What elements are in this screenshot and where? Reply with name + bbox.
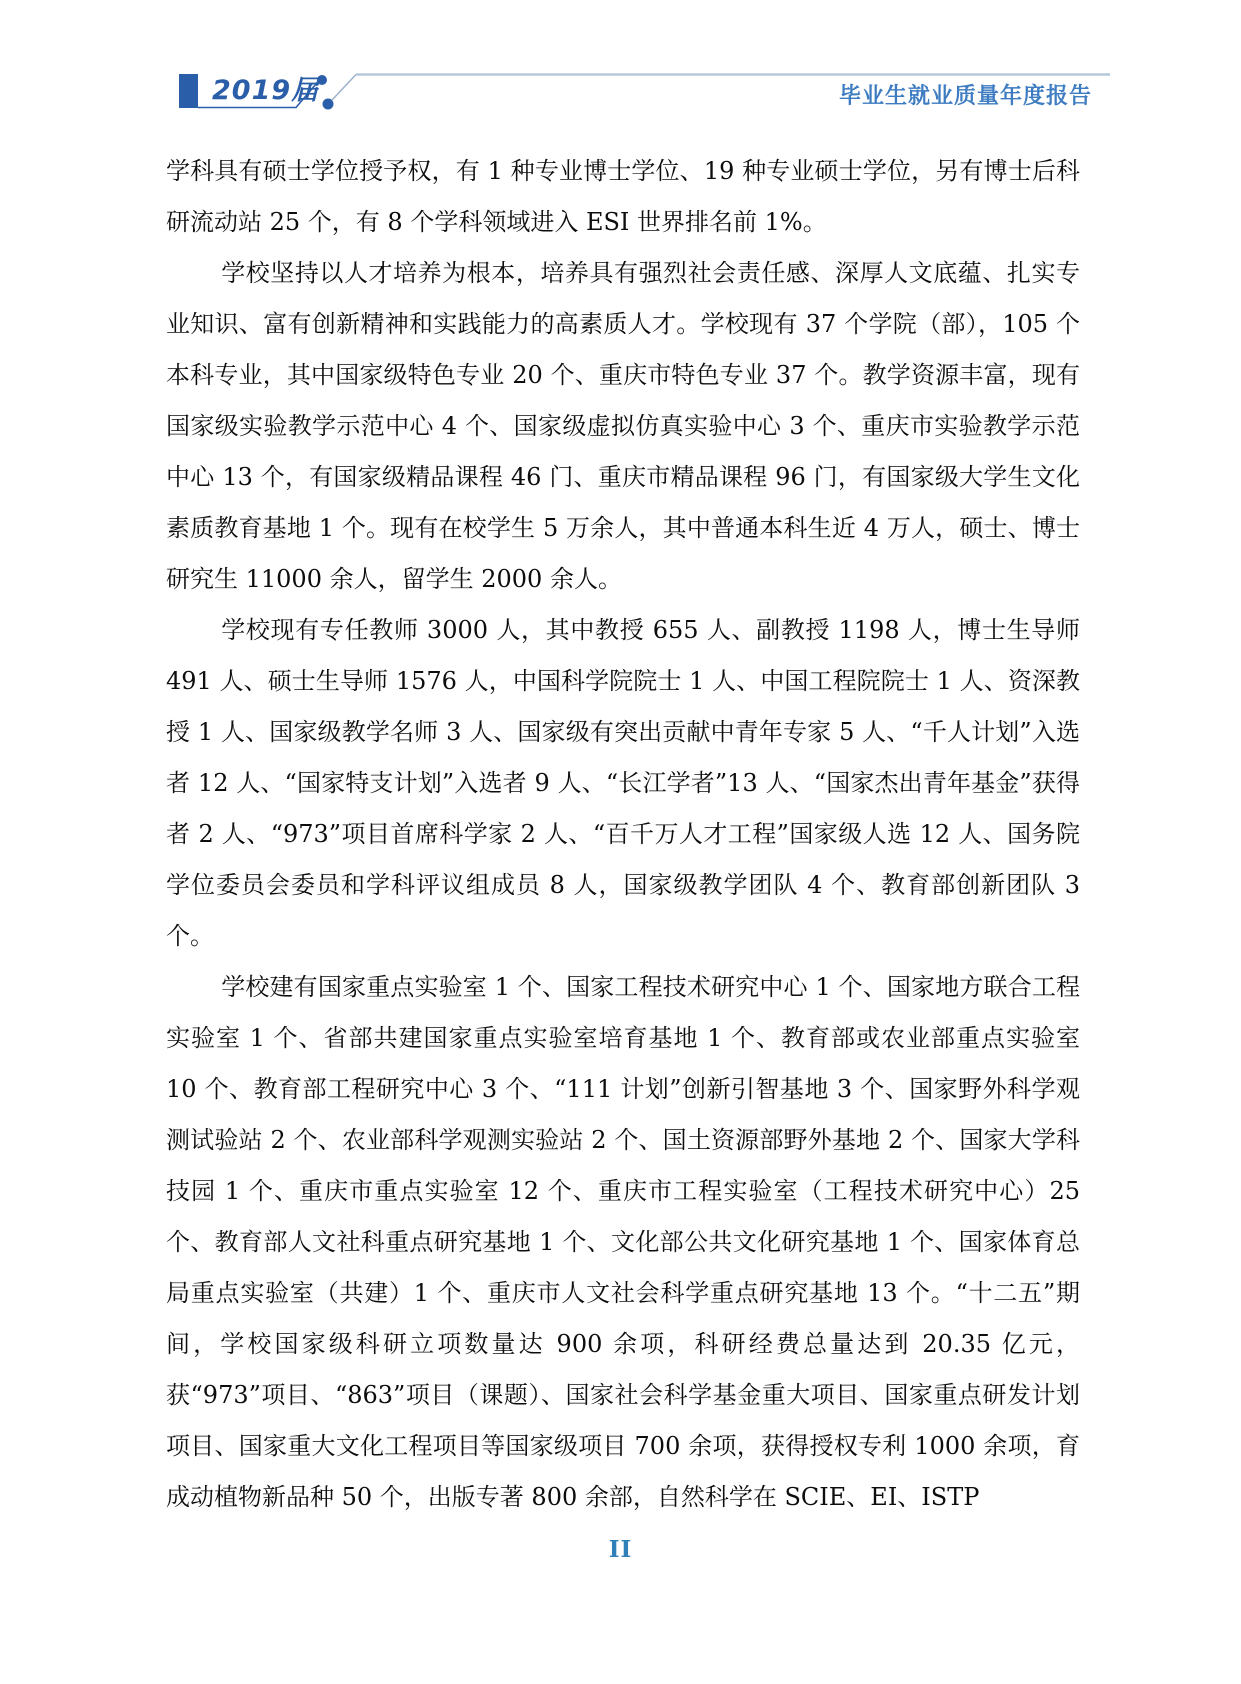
header-diagonal-line (332, 75, 356, 101)
header-decoration (0, 0, 1241, 130)
document-body: 学科具有硕士学位授予权，有 1 种专业博士学位、19 种专业硕士学位，另有博士后… (166, 146, 1080, 1523)
paragraph-research-platforms: 学校建有国家重点实验室 1 个、国家工程技术研究中心 1 个、国家地方联合工程实… (166, 962, 1080, 1523)
report-page: 2019届 毕业生就业质量年度报告 学科具有硕士学位授予权，有 1 种专业博士学… (0, 0, 1241, 1684)
paragraph-continuation: 学科具有硕士学位授予权，有 1 种专业博士学位、19 种专业硕士学位，另有博士后… (166, 146, 1080, 248)
paragraph-faculty: 学校现有专任教师 3000 人，其中教授 655 人、副教授 1198 人，博士… (166, 605, 1080, 962)
header-accent-block (179, 74, 198, 108)
report-title: 毕业生就业质量年度报告 (839, 84, 1092, 110)
paragraph-talent-cultivation: 学校坚持以人才培养为根本，培养具有强烈社会责任感、深厚人文底蕴、扎实专业知识、富… (166, 248, 1080, 605)
page-header: 2019届 毕业生就业质量年度报告 (0, 0, 1241, 130)
cohort-label: 2019届 (212, 76, 319, 106)
page-number: II (0, 1536, 1241, 1563)
dot-icon (323, 99, 334, 110)
